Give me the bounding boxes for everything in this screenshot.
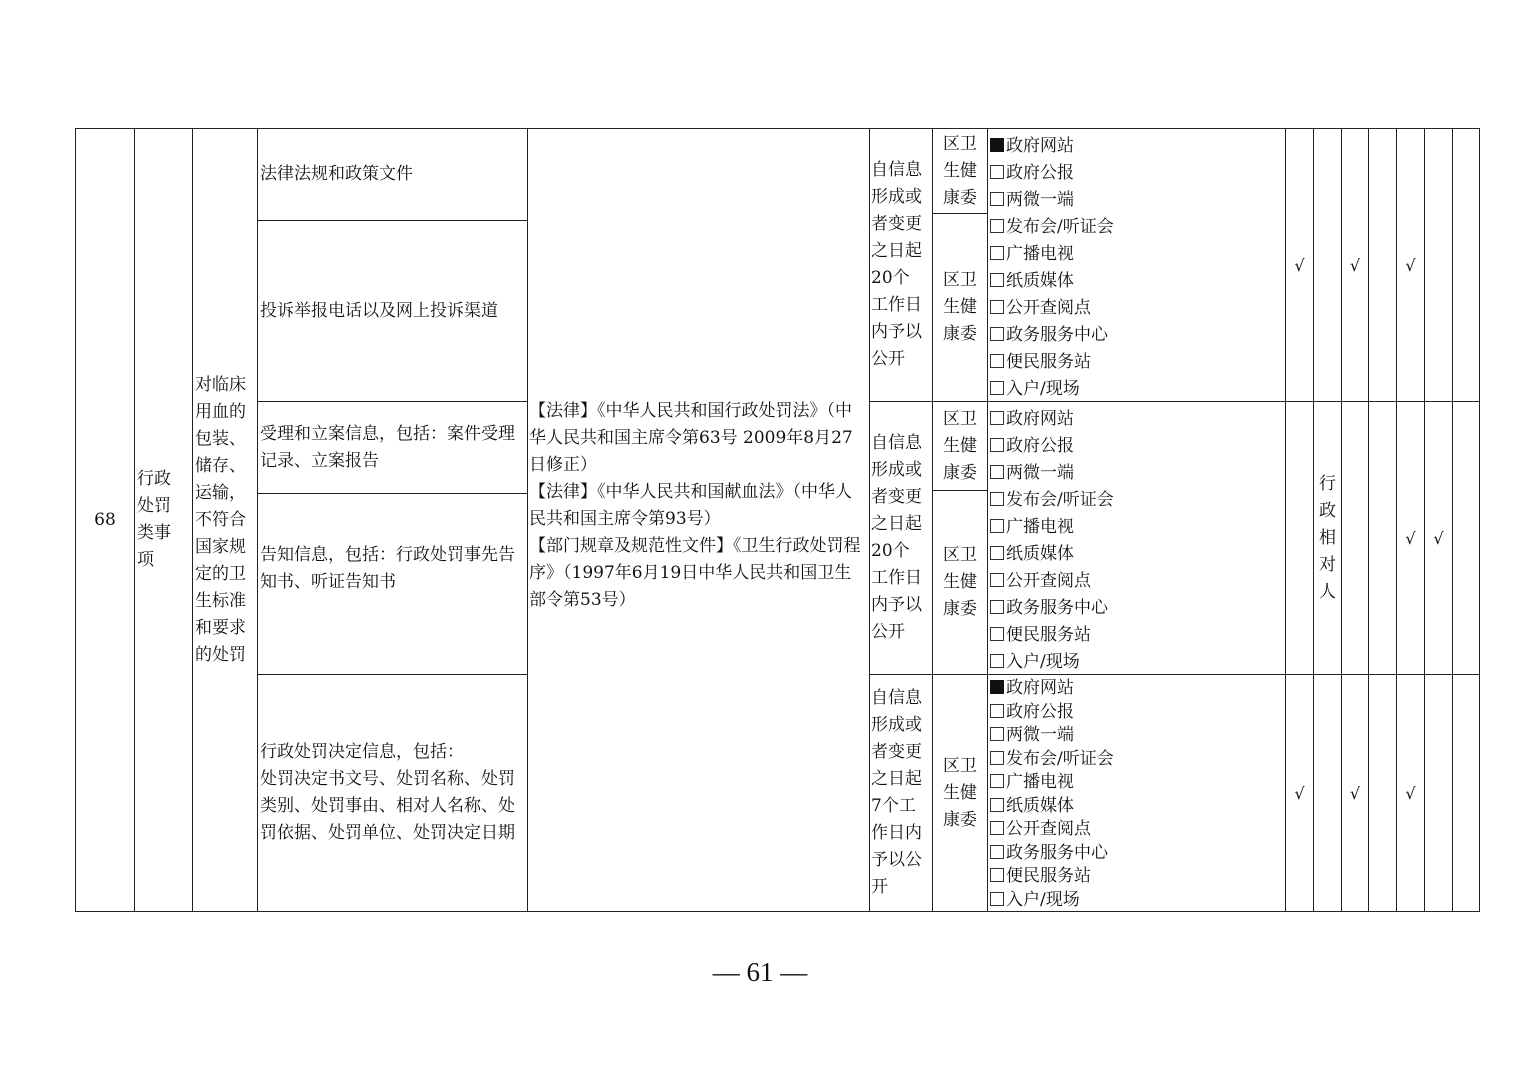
content-text: 受理和立案信息，包括：案件受理记录、立案报告	[260, 421, 525, 475]
content-text: 告知信息，包括：行政处罚事先告知书、听证告知书	[260, 542, 525, 596]
channel-option[interactable]: 纸质媒体	[990, 795, 1160, 819]
channel-option[interactable]: 纸质媒体	[990, 268, 1160, 295]
channel-label: 政务服务中心	[1006, 598, 1108, 618]
unchecked-box-icon[interactable]	[990, 868, 1004, 882]
time-limit-text: 自信息形成或者变更之日起7个工作日内予以公开	[871, 685, 925, 901]
channel-label: 便民服务站	[1006, 866, 1091, 886]
content-text: 投诉举报电话以及网上投诉渠道	[260, 298, 498, 325]
unchecked-box-icon[interactable]	[990, 411, 1004, 425]
unchecked-box-icon[interactable]	[990, 492, 1004, 506]
channel-label: 广播电视	[1006, 517, 1074, 537]
channel-label: 政府公报	[1006, 436, 1074, 456]
channel-option[interactable]: 两微一端	[990, 460, 1160, 487]
mark-cell: √	[1341, 128, 1369, 402]
checkmark-icon: √	[1405, 780, 1415, 807]
content-cell: 投诉举报电话以及网上投诉渠道	[257, 220, 528, 402]
unchecked-box-icon[interactable]	[990, 627, 1004, 641]
mark-cell	[1313, 128, 1342, 402]
channel-option[interactable]: 发布会/听证会	[990, 214, 1119, 241]
department-text: 区卫生健康委	[942, 542, 978, 623]
unchecked-box-icon[interactable]	[990, 727, 1004, 741]
channel-option[interactable]: 两微一端	[990, 187, 1160, 214]
unchecked-box-icon[interactable]	[990, 519, 1004, 533]
channel-label: 发布会/听证会	[1006, 217, 1114, 237]
department-text: 区卫生健康委	[942, 267, 978, 348]
unchecked-box-icon[interactable]	[990, 751, 1004, 765]
content-text: 行政处罚决定信息，包括： 处罚决定书文号、处罚名称、处罚类别、处罚事由、相对人名…	[260, 739, 525, 847]
unchecked-box-icon[interactable]	[990, 246, 1004, 260]
unchecked-box-icon[interactable]	[990, 821, 1004, 835]
channel-label: 入户/现场	[1006, 890, 1080, 910]
time-limit-text: 自信息形成或者变更之日起20个工作日内予以公开	[871, 430, 925, 646]
channel-option[interactable]: 入户/现场	[990, 889, 1160, 913]
channel-option[interactable]: 发布会/听证会	[990, 748, 1119, 772]
channel-label: 政府网站	[1006, 136, 1074, 156]
channel-label: 两微一端	[1006, 463, 1074, 483]
checked-box-icon[interactable]	[990, 680, 1004, 694]
channel-label: 两微一端	[1006, 725, 1074, 745]
checkmark-icon: √	[1350, 252, 1360, 279]
channel-option[interactable]: 公开查阅点	[990, 568, 1160, 595]
channel-list: 政府网站政府公报两微一端发布会/听证会广播电视纸质媒体公开查阅点政务服务中心便民…	[987, 674, 1286, 912]
content-cell: 受理和立案信息，包括：案件受理记录、立案报告	[257, 401, 528, 494]
unchecked-box-icon[interactable]	[990, 704, 1004, 718]
unchecked-box-icon[interactable]	[990, 327, 1004, 341]
channel-option[interactable]: 广播电视	[990, 771, 1160, 795]
item-subject-text: 对临床用血的包装、储存、运输，不符合国家规定的卫生标准和要求的处罚	[195, 372, 248, 669]
channel-label: 发布会/听证会	[1006, 490, 1114, 510]
department: 区卫生健康委	[932, 128, 988, 214]
channel-option[interactable]: 广播电视	[990, 514, 1160, 541]
department: 区卫生健康委	[932, 401, 988, 491]
channel-label: 公开查阅点	[1006, 298, 1091, 318]
mark-cell: √	[1285, 674, 1314, 912]
channel-option[interactable]: 政府网站	[990, 133, 1160, 160]
channel-label: 纸质媒体	[1006, 544, 1074, 564]
time-limit: 自信息形成或者变更之日起20个工作日内予以公开	[869, 128, 933, 402]
mark-text: 行政相对人	[1319, 471, 1336, 606]
department-text: 区卫生健康委	[942, 753, 978, 834]
unchecked-box-icon[interactable]	[990, 546, 1004, 560]
mark-cell: √	[1424, 401, 1453, 675]
department: 区卫生健康委	[932, 674, 988, 912]
unchecked-box-icon[interactable]	[990, 654, 1004, 668]
channel-label: 政务服务中心	[1006, 843, 1108, 863]
content-text: 法律法规和政策文件	[260, 161, 413, 188]
mark-cell: 行政相对人	[1313, 401, 1342, 675]
mark-cell	[1313, 674, 1342, 912]
page-number: — 61 —	[0, 957, 1520, 988]
unchecked-box-icon[interactable]	[990, 573, 1004, 587]
channel-list: 政府网站政府公报两微一端发布会/听证会广播电视纸质媒体公开查阅点政务服务中心便民…	[987, 401, 1286, 675]
channel-label: 两微一端	[1006, 190, 1074, 210]
mark-cell	[1368, 128, 1397, 402]
unchecked-box-icon[interactable]	[990, 192, 1004, 206]
channel-label: 政府网站	[1006, 678, 1074, 698]
content-cell: 行政处罚决定信息，包括： 处罚决定书文号、处罚名称、处罚类别、处罚事由、相对人名…	[257, 674, 528, 912]
mark-cell	[1368, 674, 1397, 912]
checkmark-icon: √	[1405, 525, 1415, 552]
content-cell: 法律法规和政策文件	[257, 128, 528, 221]
channel-label: 纸质媒体	[1006, 796, 1074, 816]
channel-option[interactable]: 纸质媒体	[990, 541, 1160, 568]
channel-label: 广播电视	[1006, 772, 1074, 792]
department-text: 区卫生健康委	[942, 406, 978, 487]
channel-label: 纸质媒体	[1006, 271, 1074, 291]
channel-label: 便民服务站	[1006, 625, 1091, 645]
channel-label: 政府公报	[1006, 163, 1074, 183]
channel-option[interactable]: 发布会/听证会	[990, 487, 1119, 514]
department: 区卫生健康委	[932, 490, 988, 675]
checkmark-icon: √	[1350, 780, 1360, 807]
channel-label: 公开查阅点	[1006, 571, 1091, 591]
channel-option[interactable]: 便民服务站	[990, 865, 1160, 889]
department-text: 区卫生健康委	[942, 131, 978, 212]
channel-label: 发布会/听证会	[1006, 749, 1114, 769]
channel-label: 政务服务中心	[1006, 325, 1108, 345]
channel-option[interactable]: 入户/现场	[990, 649, 1160, 675]
checked-box-icon[interactable]	[990, 138, 1004, 152]
channel-option[interactable]: 便民服务站	[990, 349, 1160, 376]
channel-label: 入户/现场	[1006, 379, 1080, 399]
unchecked-box-icon[interactable]	[990, 273, 1004, 287]
item-subject: 对临床用血的包装、储存、运输，不符合国家规定的卫生标准和要求的处罚	[192, 128, 258, 912]
checkmark-icon: √	[1433, 525, 1443, 552]
item-category: 行政处罚类事项	[134, 128, 193, 912]
channel-label: 政府网站	[1006, 409, 1074, 429]
mark-cell: √	[1396, 128, 1425, 402]
unchecked-box-icon[interactable]	[990, 798, 1004, 812]
channel-label: 便民服务站	[1006, 352, 1091, 372]
channel-option[interactable]: 公开查阅点	[990, 295, 1160, 322]
channel-option[interactable]: 政府公报	[990, 701, 1160, 725]
mark-cell	[1452, 401, 1480, 675]
mark-cell	[1424, 128, 1453, 402]
unchecked-box-icon[interactable]	[990, 845, 1004, 859]
channel-label: 政府公报	[1006, 702, 1074, 722]
mark-cell: √	[1341, 674, 1369, 912]
unchecked-box-icon[interactable]	[990, 465, 1004, 479]
channel-option[interactable]: 政务服务中心	[990, 595, 1119, 622]
mark-cell	[1368, 401, 1397, 675]
mark-cell: √	[1396, 674, 1425, 912]
channel-label: 公开查阅点	[1006, 819, 1091, 839]
content-cell: 告知信息，包括：行政处罚事先告知书、听证告知书	[257, 493, 528, 675]
unchecked-box-icon[interactable]	[990, 165, 1004, 179]
mark-cell	[1452, 674, 1480, 912]
channel-option[interactable]: 政府公报	[990, 160, 1160, 187]
channel-option[interactable]: 广播电视	[990, 241, 1160, 268]
channel-option[interactable]: 入户/现场	[990, 376, 1160, 402]
unchecked-box-icon[interactable]	[990, 892, 1004, 906]
unchecked-box-icon[interactable]	[990, 600, 1004, 614]
checkmark-icon: √	[1294, 780, 1304, 807]
channel-option[interactable]: 政府网站	[990, 406, 1160, 433]
channel-option[interactable]: 两微一端	[990, 724, 1160, 748]
unchecked-box-icon[interactable]	[990, 438, 1004, 452]
mark-cell: √	[1396, 401, 1425, 675]
unchecked-box-icon[interactable]	[990, 219, 1004, 233]
unchecked-box-icon[interactable]	[990, 354, 1004, 368]
channel-option[interactable]: 政务服务中心	[990, 322, 1119, 349]
department: 区卫生健康委	[932, 213, 988, 402]
channel-option[interactable]: 政府公报	[990, 433, 1160, 460]
checkmark-icon: √	[1294, 252, 1304, 279]
channel-list: 政府网站政府公报两微一端发布会/听证会广播电视纸质媒体公开查阅点政务服务中心便民…	[987, 128, 1286, 402]
legal-basis-text: 【法律】《中华人民共和国行政处罚法》（中华人民共和国主席令第63号 2009年8…	[529, 398, 868, 614]
time-limit-text: 自信息形成或者变更之日起20个工作日内予以公开	[871, 157, 925, 373]
unchecked-box-icon[interactable]	[990, 300, 1004, 314]
legal-basis: 【法律】《中华人民共和国行政处罚法》（中华人民共和国主席令第63号 2009年8…	[527, 128, 870, 912]
mark-cell	[1285, 401, 1314, 675]
channel-option[interactable]: 便民服务站	[990, 622, 1160, 649]
channel-label: 入户/现场	[1006, 652, 1080, 672]
unchecked-box-icon[interactable]	[990, 774, 1004, 788]
item-number-text: 68	[94, 507, 116, 534]
channel-option[interactable]: 政府网站	[990, 677, 1160, 701]
mark-cell: √	[1285, 128, 1314, 402]
item-category-text: 行政处罚类事项	[137, 466, 173, 574]
item-number: 68	[75, 128, 135, 912]
channel-option[interactable]: 公开查阅点	[990, 818, 1160, 842]
channel-label: 广播电视	[1006, 244, 1074, 264]
mark-cell	[1424, 674, 1453, 912]
time-limit: 自信息形成或者变更之日起20个工作日内予以公开	[869, 401, 933, 675]
mark-cell	[1341, 401, 1369, 675]
time-limit: 自信息形成或者变更之日起7个工作日内予以公开	[869, 674, 933, 912]
checkmark-icon: √	[1405, 252, 1415, 279]
unchecked-box-icon[interactable]	[990, 381, 1004, 395]
mark-cell	[1452, 128, 1480, 402]
channel-option[interactable]: 政务服务中心	[990, 842, 1119, 866]
